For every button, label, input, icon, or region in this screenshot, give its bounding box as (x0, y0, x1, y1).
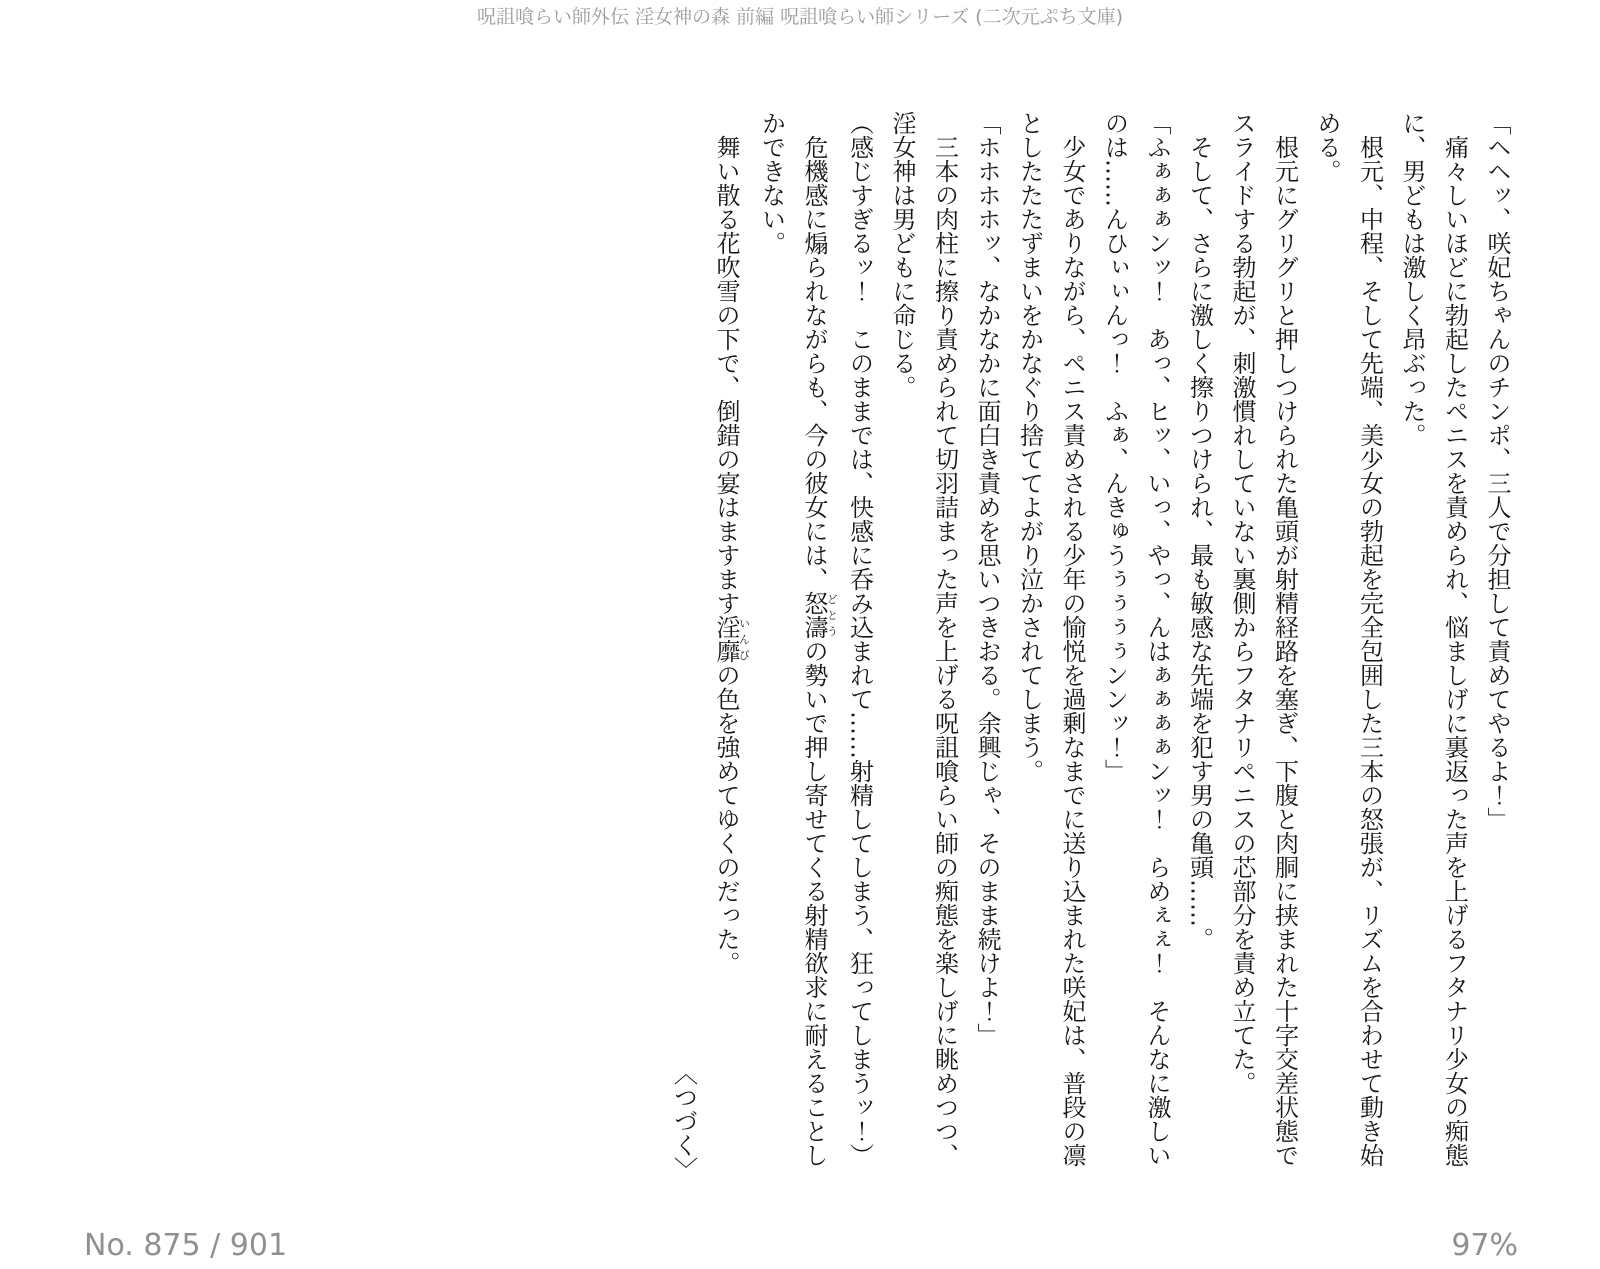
page-location-label: No. 875 / 901 (84, 1228, 287, 1263)
paragraph: （感じすぎるッ！ このままでは、快感に呑み込まれて……射精してしまう、狂ってしま… (838, 111, 881, 1181)
reading-progress-label: 97% (1451, 1228, 1518, 1263)
paragraph: そして、さらに激しく擦りつけられ、最も敏感な先端を犯す男の亀頭……。 (1178, 111, 1221, 1181)
paragraph: 「ホホホホッ、なかなかに面白き責めを思いつきおる。余興じゃ、そのまま続けよ！」 (966, 111, 1009, 1181)
reader-page[interactable]: 呪詛喰らい師外伝 淫女神の森 前編 呪詛喰らい師シリーズ (二次元ぷち文庫) 「… (0, 0, 1600, 1269)
paragraph: 「ヘヘッ、咲妃ちゃんのチンポ、三人で分担して責めてやるよ！」 (1476, 111, 1519, 1181)
paragraph: 少女でありながら、ペニス責めされる少年の愉悦を過剰なまでに送り込まれた咲妃は、普… (1008, 111, 1093, 1181)
paragraph: 舞い散る花吹雪の下で、倒錯の宴はますます淫靡いんびの色を強めてゆくのだった。 (705, 111, 751, 1181)
book-title: 呪詛喰らい師外伝 淫女神の森 前編 呪詛喰らい師シリーズ (二次元ぷち文庫) (0, 5, 1600, 29)
paragraph: 痛々しいほどに勃起したペニスを責められ、悩ましげに裏返った声を上げるフタナリ少女… (1391, 111, 1476, 1181)
paragraph: 〈つづく〉 (662, 111, 705, 1181)
paragraph: 根元、中程、そして先端、美少女の勃起を完全包囲した三本の怒張が、リズムを合わせて… (1306, 111, 1391, 1181)
paragraph: 危機感に煽られながらも、今の彼女には、怒濤どとうの勢いで押し寄せてくる射精欲求に… (750, 111, 838, 1181)
page-text: 「ヘヘッ、咲妃ちゃんのチンポ、三人で分担して責めてやるよ！」痛々しいほどに勃起し… (662, 111, 1518, 1181)
paragraph: 「ふぁぁぁンッ！ あっ、ヒッ、いっ、やっ、んはぁぁぁぁンッ！ らめぇぇ！ そんな… (1093, 111, 1178, 1181)
paragraph: 三本の肉柱に擦り責められて切羽詰まった声を上げる呪詛喰らい師の痴態を楽しげに眺め… (881, 111, 966, 1181)
paragraph: 根元にグリグリと押しつけられた亀頭が射精経路を塞ぎ、下腹と肉胴に挟まれた十字交差… (1221, 111, 1306, 1181)
